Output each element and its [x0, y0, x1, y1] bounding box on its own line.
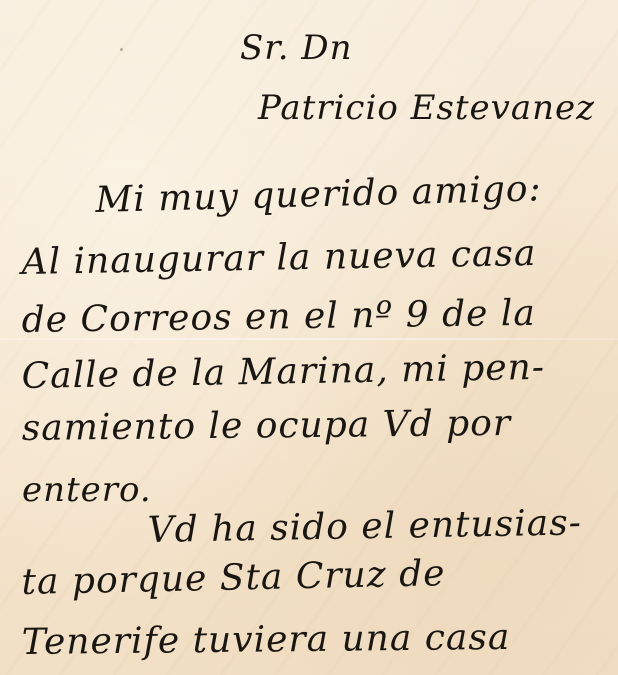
- recipient-name: Patricio Estevanez: [258, 88, 595, 128]
- letter-body-line: Tenerife tuviera una casa: [22, 617, 511, 663]
- letter-body-line: de Correos en el nº 9 de la: [21, 293, 536, 341]
- salutation-title: Sr. Dn: [240, 28, 353, 68]
- letter-body-line: entero.: [22, 470, 152, 510]
- letter-body-line: samiento le ocupa Vd por: [22, 403, 512, 449]
- ink-speck: [120, 48, 123, 51]
- letter-body-line: Vd ha sido el entusias-: [147, 502, 582, 551]
